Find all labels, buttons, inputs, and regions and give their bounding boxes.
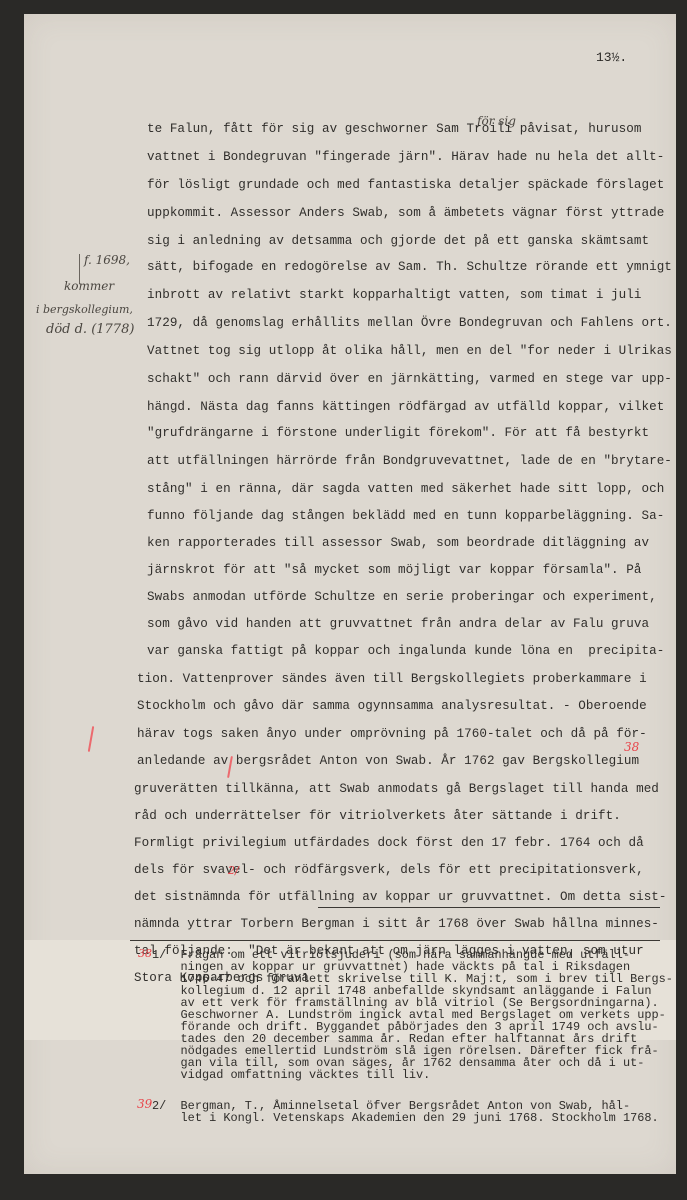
text-line: Stockholm och gåvo där samma ogynnsamma …: [137, 699, 647, 713]
text-line: härav togs saken ånyo under omprövning p…: [137, 727, 647, 741]
footnote-2-line: let i Kongl. Vetenskaps Akademien den 29…: [152, 1112, 659, 1124]
margin-note-line-4: död d. (1778): [46, 322, 134, 337]
margin-note-line-3: i bergskollegium,: [36, 303, 133, 316]
text-line: uppkommit. Assessor Anders Swab, som å ä…: [147, 206, 664, 220]
text-line: te Falun, fått för sig av geschworner Sa…: [147, 122, 642, 136]
text-line: att utfällningen härrörde från Bondgruve…: [147, 454, 672, 468]
text-line: inbrott av relativt starkt kopparhaltigt…: [147, 288, 642, 302]
text-line: tion. Vattenprover sändes även till Berg…: [137, 672, 647, 686]
text-line: stång" i en ränna, där sagda vatten med …: [147, 482, 664, 496]
red-footnote-number-38: 38: [624, 740, 639, 754]
blank-continuation-rule: [318, 907, 660, 908]
text-line: schakt" och rann därvid över en järnkätt…: [147, 372, 672, 386]
red-footnote-number-39: 39: [137, 1097, 152, 1111]
footnote-separator: [130, 940, 660, 941]
page-number: 13½.: [596, 50, 627, 65]
text-line: 1729, då genomslag erhållits mellan Övre…: [147, 316, 672, 330]
text-line: vattnet i Bondegruvan "fingerade järn". …: [147, 150, 664, 164]
text-line: Vattnet tog sig utlopp åt olika håll, me…: [147, 344, 672, 358]
text-line: anledande av bergsrådet Anton von Swab. …: [137, 754, 639, 768]
text-line: funno följande dag stången beklädd med e…: [147, 509, 664, 523]
text-line: järnskrot för att "så mycket som möjligt…: [147, 563, 642, 577]
text-line: var ganska fattigt på koppar och ingalun…: [147, 644, 664, 658]
margin-note-line-2: kommer: [64, 279, 114, 293]
text-line: sig i anledning av detsamma och gjorde d…: [147, 234, 649, 248]
margin-note-line-1: f. 1698,: [84, 253, 130, 267]
text-line: "grufdrängarne i förstone underligit för…: [147, 426, 649, 440]
text-line: nämnda yttrar Torbern Bergman i sitt år …: [134, 917, 659, 931]
red-footnote-number-38: 38: [138, 947, 152, 960]
text-line: för lösligt grundade och med fantastiska…: [147, 178, 664, 192]
text-line: ken rapporterades till assessor Swab, so…: [147, 536, 649, 550]
text-line: Formligt privilegium utfärdades dock för…: [134, 836, 644, 850]
text-line: det sistnämnda för utfällning av koppar …: [134, 890, 667, 904]
text-line: dels för svavel- och rödfärgsverk, dels …: [134, 863, 644, 877]
text-line: sätt, bifogade en redogörelse av Sam. Th…: [147, 260, 672, 274]
text-line: gruverätten tillkänna, att Swab anmodats…: [134, 782, 659, 796]
text-line: som gåvo vid handen att gruvvattnet från…: [147, 617, 649, 631]
red-footnote-ref: 2/: [228, 864, 239, 877]
footnote-1-line: vidgad omfattning väcktes till liv.: [152, 1069, 430, 1081]
text-line: Swabs anmodan utförde Schultze en serie …: [147, 590, 657, 604]
text-line: hängd. Nästa dag fanns kättingen rödfärg…: [147, 400, 664, 414]
text-line: råd och underrättelser för vitriolverket…: [134, 809, 621, 823]
